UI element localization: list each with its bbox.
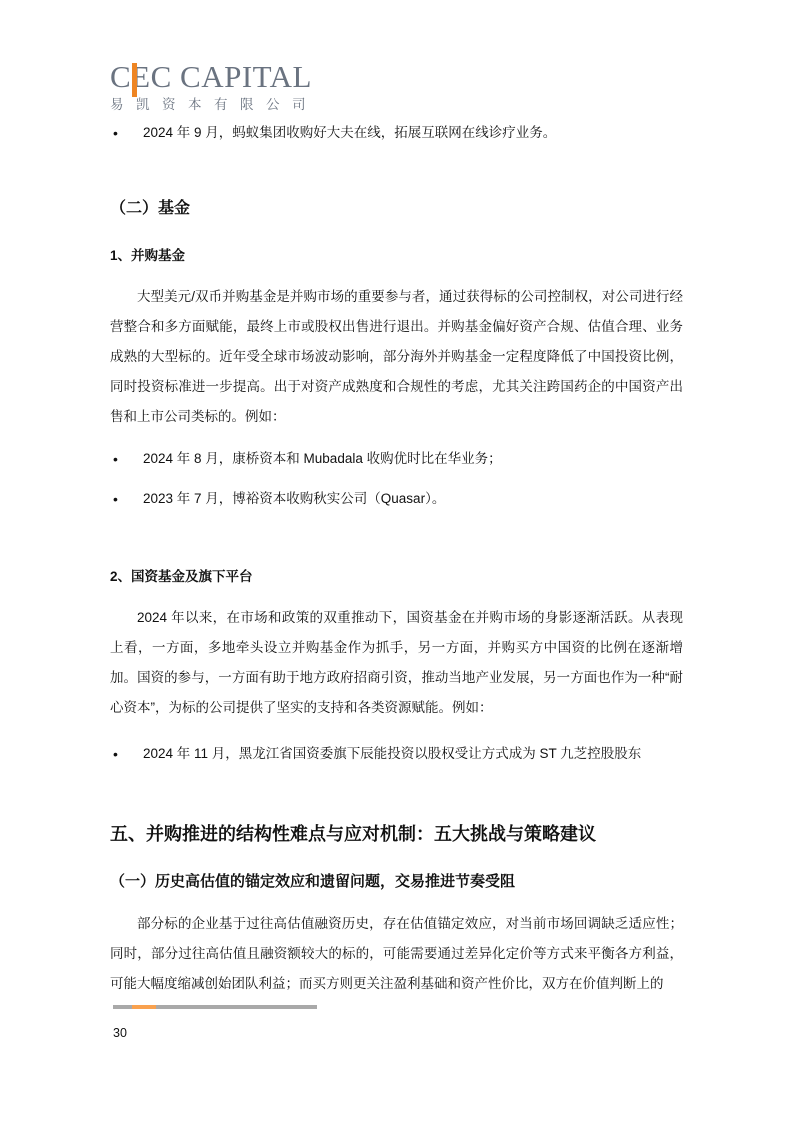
paragraph-state-funds: 2024 年以来，在市场和政策的双重推动下，国资基金在并购市场的身影逐渐活跃。从… — [110, 603, 683, 723]
bullet-list-ma-funds: 2024 年 8 月，康桥资本和 Mubadala 收购优时比在华业务； 202… — [110, 448, 683, 510]
logo-wordmark: CEC CAPITAL — [110, 60, 312, 94]
list-item-mubadala: 2024 年 8 月，康桥资本和 Mubadala 收购优时比在华业务； — [110, 448, 683, 470]
footer-divider-orange-segment — [132, 1005, 156, 1009]
page-number: 30 — [113, 1025, 127, 1041]
logo-chinese-name: 易凯资本有限公司 — [110, 96, 683, 113]
section-heading-funds: （二）基金 — [110, 198, 683, 220]
document-page: CEC CAPITAL 易凯资本有限公司 2024 年 9 月，蚂蚁集团收购好大… — [0, 0, 793, 1122]
list-item-heilongjiang: 2024 年 11 月，黑龙江省国资委旗下辰能投资以股权受让方式成为 ST 九芝… — [110, 743, 683, 765]
list-item-quasar: 2023 年 7 月，博裕资本收购秋实公司（Quasar）。 — [110, 488, 683, 510]
logo-wordmark-text: CEC CAPITAL — [110, 59, 312, 94]
company-logo: CEC CAPITAL 易凯资本有限公司 — [110, 60, 683, 113]
chapter-heading-challenges: 五、并购推进的结构性难点与应对机制：五大挑战与策略建议 — [110, 821, 683, 847]
sub-heading-ma-funds: 1、并购基金 — [110, 246, 683, 266]
paragraph-valuation-anchor: 部分标的企业基于过往高估值融资历史，存在估值锚定效应，对当前市场回调缺乏适应性；… — [110, 909, 683, 999]
list-item-ant-group: 2024 年 9 月，蚂蚁集团收购好大夫在线，拓展互联网在线诊疗业务。 — [110, 122, 683, 144]
bullet-list-state-funds: 2024 年 11 月，黑龙江省国资委旗下辰能投资以股权受让方式成为 ST 九芝… — [110, 743, 683, 765]
sub-heading-state-funds: 2、国资基金及旗下平台 — [110, 567, 683, 587]
sub-heading-valuation-anchor: （一）历史高估值的锚定效应和遗留问题，交易推进节奏受阻 — [110, 871, 683, 893]
page-content: CEC CAPITAL 易凯资本有限公司 2024 年 9 月，蚂蚁集团收购好大… — [0, 0, 793, 999]
paragraph-ma-funds: 大型美元/双币并购基金是并购市场的重要参与者，通过获得标的公司控制权，对公司进行… — [110, 282, 683, 432]
footer-divider-bar — [113, 1005, 317, 1009]
logo-orange-stem-mark — [132, 63, 137, 97]
